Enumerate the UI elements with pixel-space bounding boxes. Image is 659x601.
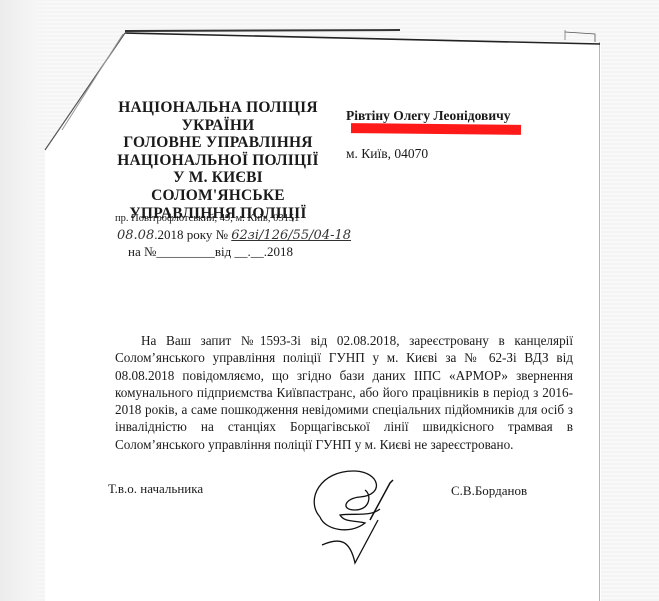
body-paragraph: На Ваш запит №1593-Зі від 02.08.2018, за… — [115, 332, 573, 453]
recipient-name: Рівтіну Олегу Леонідовичу — [346, 106, 510, 125]
date-suffix: .2018 року № — [154, 227, 228, 242]
letterhead-line: НАЦІОНАЛЬНА ПОЛІЦІЯ — [103, 99, 333, 117]
signer-name: С.В.Борданов — [451, 483, 527, 499]
redaction-bar — [351, 123, 521, 135]
letterhead-line: У М. КИЄВІ — [103, 169, 333, 187]
letter-body: На Ваш запит №1593-Зі від 02.08.2018, за… — [115, 332, 573, 453]
letterhead-line: УКРАЇНИ — [103, 117, 333, 135]
handwritten-number: 62зі/126/55/04-18 — [231, 228, 351, 243]
outgoing-date-number: 08.08.2018 року № 62зі/126/55/04-18 — [117, 227, 351, 243]
handwritten-signature — [300, 465, 440, 575]
letterhead-line: СОЛОМ'ЯНСЬКЕ — [103, 187, 333, 205]
signer-title: Т.в.о. начальника — [108, 481, 203, 497]
handwritten-date: 08.08 — [117, 228, 154, 243]
letterhead-line: ГОЛОВНЕ УПРАВЛІННЯ — [103, 134, 333, 152]
letterhead-line: НАЦІОНАЛЬНОЇ ПОЛІЦІЇ — [103, 152, 333, 170]
letterhead-address: пр. Повітрофлотський, 49, м. Київ, 03151 — [115, 213, 299, 224]
letterhead: НАЦІОНАЛЬНА ПОЛІЦІЯ УКРАЇНИ ГОЛОВНЕ УПРА… — [103, 99, 333, 222]
reply-reference: на №_________від __.__.2018 — [128, 244, 293, 260]
recipient-city: м. Київ, 04070 — [346, 144, 510, 163]
